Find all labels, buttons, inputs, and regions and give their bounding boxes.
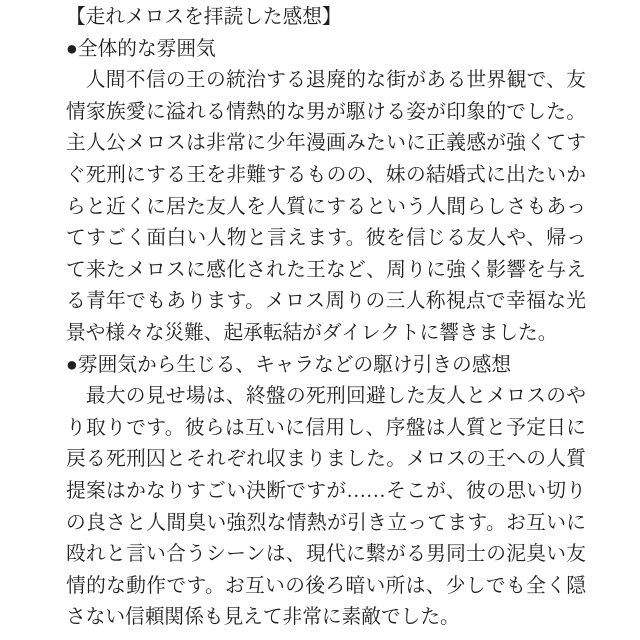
paragraph: 人間不信の王の統治する退廃的な街がある世界観で、友情家族愛に溢れる情熱的な男が駆… — [66, 65, 586, 349]
section-character-interplay: ●雰囲気から生じる、キャラなどの駆け引きの感想 最大の見せ場は、終盤の死刑回避し… — [66, 350, 586, 634]
section-heading: ●雰囲気から生じる、キャラなどの駆け引きの感想 — [66, 350, 586, 382]
document-title: 【走れメロスを拝読した感想】 — [66, 2, 586, 34]
document: 【走れメロスを拝読した感想】 ●全体的な雰囲気 人間不信の王の統治する退廃的な街… — [66, 2, 586, 634]
section-heading: ●全体的な雰囲気 — [66, 34, 586, 66]
paragraph: 最大の見せ場は、終盤の死刑回避した友人とメロスのやり取りです。彼らは互いに信用し… — [66, 381, 586, 634]
section-overall-atmosphere: ●全体的な雰囲気 人間不信の王の統治する退廃的な街がある世界観で、友情家族愛に溢… — [66, 34, 586, 350]
page: { "page": { "background_color": "#ffffff… — [0, 0, 640, 640]
